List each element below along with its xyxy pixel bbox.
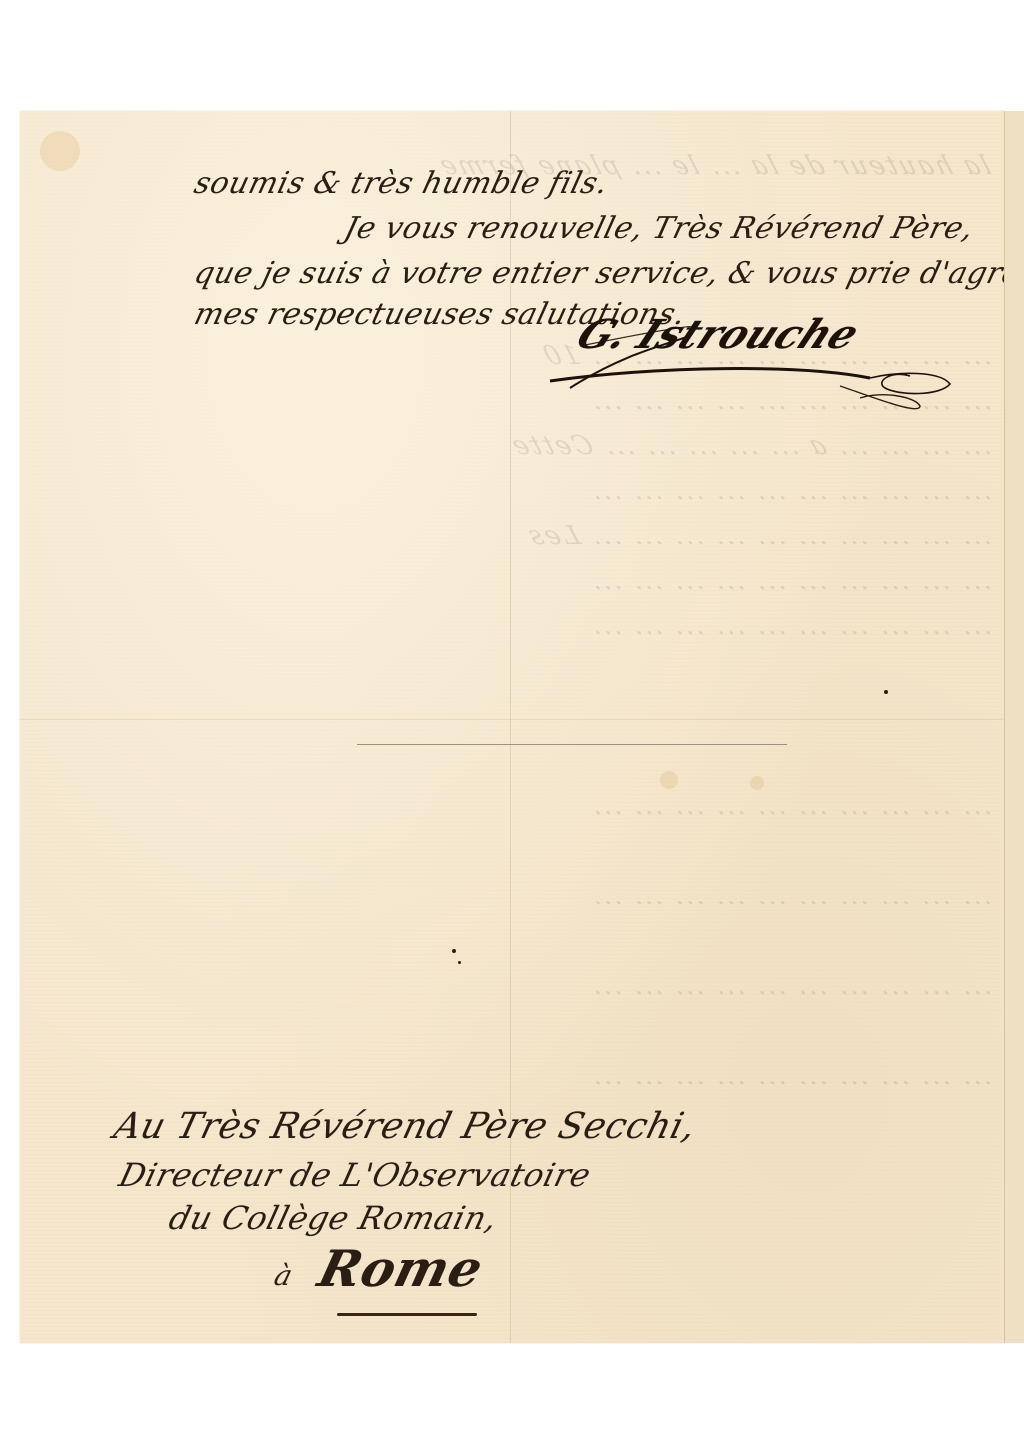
address-destination: Rome	[313, 1239, 489, 1298]
paper-flap-edge	[1004, 111, 1024, 1343]
bleed-through-line: ... ... ... ... ... ... ... ... ... ...	[25, 611, 995, 641]
paper-stain	[660, 771, 678, 789]
address-destination-prefix: à	[271, 1259, 296, 1292]
bleed-through-line: ... ... ... ... ... ... ... ... ... ...	[25, 881, 995, 911]
ink-speck	[452, 949, 456, 953]
address-line: du Collège Romain,	[165, 1199, 501, 1237]
bleed-through-line: ... ... ... ... ... ... ... ... ... ...	[25, 971, 995, 1001]
divider-line	[357, 744, 787, 745]
bleed-through-line: ... ... ... ... ... ... ... ... ... ... …	[25, 521, 995, 551]
address-line: Au Très Révérend Père Secchi,	[110, 1106, 700, 1147]
closing-line: soumis & très humble fils.	[191, 166, 612, 201]
paper-fold-horizontal	[20, 719, 1004, 720]
bleed-through-line: ... ... ... ... ... ... ... ... ... ...	[25, 566, 995, 596]
closing-line: Je vous renouvelle, Très Révérend Père,	[341, 211, 978, 246]
bleed-through-line: ... ... ... ... ... ... ... ... ... ...	[25, 791, 995, 821]
bleed-through-line: ... ... ... ... ... ... ... ... ... ...	[25, 1061, 995, 1091]
ink-speck	[884, 690, 888, 694]
paper-stain	[750, 776, 764, 790]
ink-speck	[458, 961, 461, 964]
bleed-through-line: ... ... ... ... ... ... ... ... ... ...	[25, 476, 995, 506]
address-line: Directeur de L'Observatoire	[115, 1156, 595, 1194]
closing-line: que je suis à votre entier service, & vo…	[191, 256, 1024, 291]
destination-underline	[337, 1313, 477, 1316]
letter-page: la hauteur de la ... le ... plane ferme …	[20, 111, 1004, 1343]
signature: G. Istrouche	[569, 311, 867, 358]
